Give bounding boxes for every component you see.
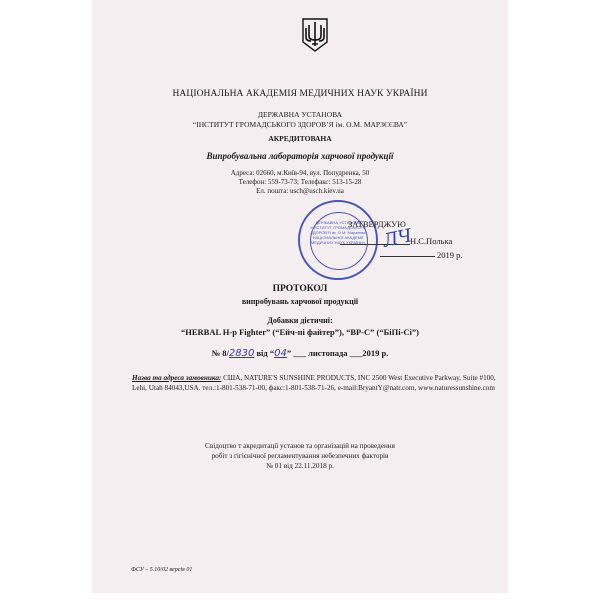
ukraine-trident-icon	[302, 18, 328, 52]
approval-year: 2019 р.	[437, 250, 463, 260]
address-line: Адреса: 02660, м.Київ-94, вул. Попудренк…	[0, 169, 600, 178]
laboratory-name: Випробувальна лабораторія харчової проду…	[0, 151, 600, 161]
email-line: Ел. пошта: usch@usch.kiev.ua	[0, 187, 600, 196]
number-prefix: № 8/	[212, 348, 229, 358]
form-code-footer: ФСУ – 5.10/02 версія 01	[131, 567, 192, 573]
certificate-line-3: № 01 від 22.11.2018 р.	[0, 461, 600, 471]
phone-line: Телефон: 559-73-73; Телефакс: 513-15-28	[0, 178, 600, 187]
supplements-label: Добавки дієтичні:	[0, 316, 600, 325]
month-year: ” ___ листопада ___2019 р.	[287, 348, 389, 358]
protocol-subtitle: випробувань харчової продукції	[0, 297, 600, 306]
certificate-line-1: Свідоцтво т акредитації установ та орган…	[0, 441, 600, 451]
institution-name: “ІНСТИТУТ ГРОМАДСЬКОГО ЗДОРОВ’Я ім. О.М.…	[0, 120, 600, 129]
approver-name: Н.С.Полька	[410, 236, 452, 246]
from-label: від “	[256, 348, 274, 358]
protocol-day: 04	[274, 348, 287, 359]
academy-heading: НАЦІОНАЛЬНА АКАДЕМІЯ МЕДИЧНИХ НАУК УКРАЇ…	[0, 89, 600, 99]
certificate-line-2: робіт з гігієнічної регламентування небе…	[0, 451, 600, 461]
customer-block: Назва та адреса замовника: США, NATURE'S…	[132, 374, 502, 393]
accredited-label: АКРЕДИТОВАНА	[0, 134, 600, 143]
customer-label: Назва та адреса замовника:	[132, 374, 221, 382]
date-line	[380, 256, 435, 257]
protocol-number: 2830	[229, 348, 254, 359]
institution-type: ДЕРЖАВНА УСТАНОВА	[0, 110, 600, 119]
protocol-title: ПРОТОКОЛ	[0, 284, 600, 294]
products-list: “HERBAL H-p Fighter” (“Ейч-пі файтер”), …	[0, 327, 600, 337]
official-stamp: ДЕРЖАВНА УСТАНОВА «ІНСТИТУТ ГРОМАДСЬКОГО…	[298, 200, 378, 280]
protocol-number-line: № 8/2830 від “04” ___ листопада ___2019 …	[0, 348, 600, 359]
